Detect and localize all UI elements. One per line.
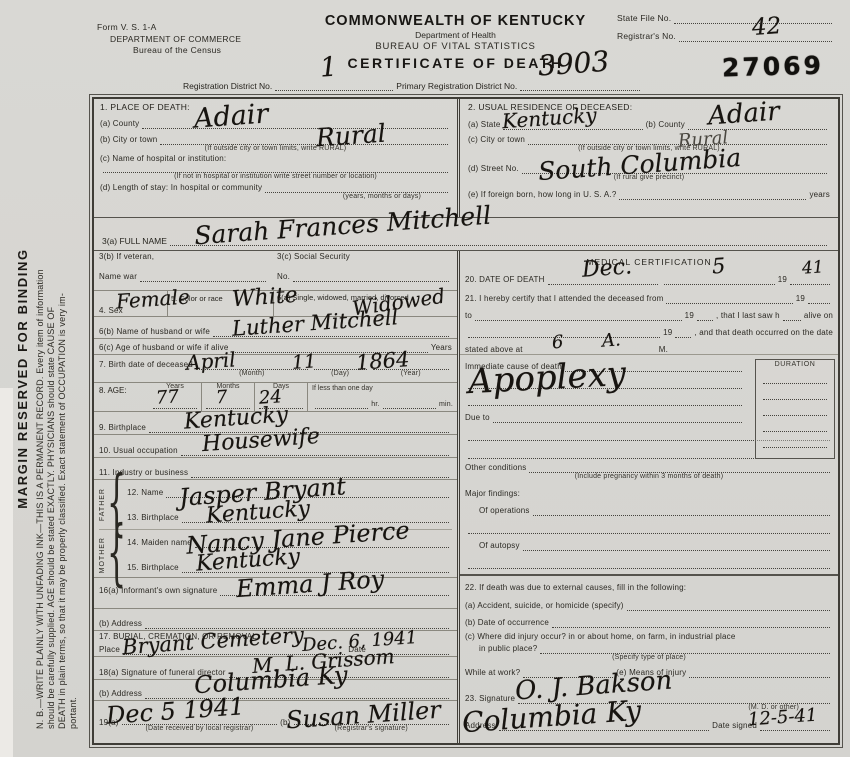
primary-district-label: Primary Registration District No. — [396, 81, 517, 91]
res-county-value: Adair — [707, 99, 780, 130]
street-label: (d) Street No. — [468, 164, 519, 174]
spouse-row: 6(b) Name of husband or wife Luther Mitc… — [94, 317, 457, 339]
age-years-value: 77 — [155, 388, 179, 408]
foreign-born-suffix: years — [809, 190, 830, 200]
color-value: White — [231, 285, 298, 312]
rule-line — [763, 432, 827, 448]
certify-19c: 19 — [663, 328, 672, 338]
dod-19-prefix: 19 — [778, 275, 787, 285]
rule-line — [468, 327, 660, 338]
cause-block: Immediate cause of death Due to DURATION — [460, 354, 838, 459]
father-label: FATHER — [99, 488, 106, 521]
department-line: DEPARTMENT OF COMMERCE — [110, 34, 241, 44]
physician-signature-block: 23. Signature (M. D. or other) AddressDa… — [460, 679, 838, 743]
city-value: Rural — [315, 121, 386, 151]
medical-cert-header: MEDICAL CERTIFICATION — [460, 251, 838, 264]
while-at-work-label: While at work? — [465, 668, 520, 678]
certify-occurred: , and that death occurred on the date — [694, 328, 833, 338]
age-less-label: If less than one day — [312, 385, 453, 392]
form-box: 1. PLACE OF DEATH: (a) County (b) City o… — [92, 97, 840, 745]
reg-district-label: Registration District No. — [183, 81, 272, 91]
city-note: (If outside city or town limits, write R… — [100, 145, 451, 152]
section-usual-residence: 2. USUAL RESIDENCE OF DECEASED: (a) Stat… — [460, 99, 838, 217]
bureau-line: Bureau of the Census — [133, 45, 221, 55]
birthdate-label: 7. Birth date of deceased — [99, 356, 193, 370]
foreign-born-label: (e) If foreign born, how long in U. S. A… — [468, 190, 616, 200]
file-number-stamp: 27069 — [722, 51, 825, 83]
mother-name-label: 14. Maiden name — [127, 538, 192, 548]
res-city-label: (c) City or town — [468, 135, 525, 145]
res-county-label: (b) County — [646, 120, 685, 130]
rule-line — [533, 505, 830, 516]
mother-birthplace-label: 15. Birthplace — [127, 563, 179, 573]
certify-19a: 19 — [796, 294, 805, 304]
rule-line — [493, 412, 742, 423]
header-right: State File No. Registrar's No. 42 — [617, 13, 835, 42]
informant-row: 16(a) Informant's own signature Emma J R… — [94, 578, 457, 609]
nb-note-line2: should be carefully supplied. AGE should… — [46, 0, 57, 757]
full-name-row: 3(a) FULL NAME Sarah Frances Mitchell — [94, 218, 838, 251]
registrar-row: 19(a) (Date received by local registrar)… — [94, 701, 457, 743]
rule-line — [808, 293, 830, 304]
rule-line — [383, 398, 436, 409]
rule-line — [675, 327, 691, 338]
rule-line — [160, 134, 448, 145]
funeral-address-label: (b) Address — [99, 689, 142, 699]
main-columns: 3(b) If veteran, Name war 3(c) Social Se… — [94, 251, 838, 743]
birthdate-row: 7. Birth date of deceased (Month) (Day) … — [94, 355, 457, 383]
sex-value: Female — [115, 287, 190, 312]
left-column: 3(b) If veteran, Name war 3(c) Social Se… — [94, 251, 460, 743]
right-column: MEDICAL CERTIFICATION 20. DATE OF DEATH1… — [460, 251, 838, 743]
section-place-of-death: 1. PLACE OF DEATH: (a) County (b) City o… — [94, 99, 460, 217]
binding-margin-label: MARGIN RESERVED FOR BINDING — [15, 0, 30, 757]
county-value: Adair — [193, 100, 269, 132]
rule-line — [475, 310, 682, 321]
rule-line — [763, 416, 827, 432]
certify-line1: 21. I hereby certify that I attended the… — [465, 294, 663, 304]
ss-no-label: No. — [277, 272, 290, 282]
external-causes-title: 22. If death was due to external causes,… — [465, 577, 833, 593]
rule-line — [763, 400, 827, 416]
duration-box: DURATION — [755, 359, 835, 459]
rule-line — [103, 162, 448, 173]
primary-district-value: 3903 — [537, 48, 610, 81]
death-ampm-value: A. — [601, 331, 621, 350]
certify-block: 21. I hereby certify that I attended the… — [460, 286, 838, 354]
certify-to: to — [465, 311, 472, 321]
rule-line — [619, 189, 806, 200]
external-b-row: (b) Date of occurrence — [460, 612, 838, 629]
birth-month-value: April — [185, 350, 236, 373]
nb-note-line3: DEATH in plain terms, so that it may be … — [57, 0, 68, 757]
parents-block: FATHER { 12. Name 13. Birthplace MOTHER … — [94, 480, 457, 578]
rule-line — [763, 368, 827, 384]
external-causes-title-row: 22. If death was due to external causes,… — [460, 576, 838, 594]
rule-line — [763, 384, 827, 400]
father-birthplace-label: 13. Birthplace — [127, 513, 179, 523]
certify-alive-on: alive on — [804, 311, 833, 321]
state-file-label: State File No. — [617, 13, 671, 24]
nb-note-line4: portant. — [68, 0, 79, 757]
rule-line — [540, 643, 830, 654]
dod-label: 20. DATE OF DEATH — [465, 275, 545, 285]
rule-line — [529, 462, 830, 473]
place-title: 1. PLACE OF DEATH: — [100, 102, 451, 112]
external-c-label1: (c) Where did injury occur? in or about … — [465, 630, 833, 642]
rule-line — [140, 271, 266, 282]
external-a-label: (a) Accident, suicide, or homicide (spec… — [465, 601, 624, 611]
date-of-death-row: 20. DATE OF DEATH19 Dec. 5 41 — [460, 264, 838, 286]
age-hr-label: hr. — [371, 401, 379, 410]
dod-day-value: 5 — [711, 256, 726, 278]
rule-line — [689, 667, 830, 678]
nb-note-line1: N. B.—WRITE PLAINLY WITH UNFADING INK—TH… — [35, 0, 46, 757]
age-months-label: Months — [202, 383, 254, 390]
age-label: 8. AGE: — [94, 383, 149, 411]
certify-last-saw: , that I last saw h — [716, 311, 780, 321]
rule-line — [552, 617, 830, 628]
registration-district-line: Registration District No. 1 Primary Regi… — [183, 80, 708, 91]
birthplace-label: 9. Birthplace — [99, 423, 146, 433]
death-certificate-scan: MARGIN RESERVED FOR BINDING N. B.—WRITE … — [0, 0, 850, 757]
dod-month-value: Dec. — [581, 256, 632, 281]
state-label: (a) State — [468, 120, 500, 130]
birth-year-value: 1864 — [355, 349, 410, 374]
rule-line — [666, 293, 792, 304]
major-findings-block: Major findings: Of operations Of autopsy — [460, 484, 838, 576]
dept-of-health: Department of Health — [308, 30, 603, 40]
certify-19b: 19 — [685, 311, 694, 321]
commonwealth-title: COMMONWEALTH OF KENTUCKY — [308, 13, 603, 29]
external-c-row: (c) Where did injury occur? in or about … — [460, 629, 838, 662]
burial-place-label: Place — [99, 645, 120, 655]
mother-label: MOTHER — [99, 537, 106, 573]
other-conditions-label: Other conditions — [465, 463, 526, 473]
informant-sig-label: 16(a) Informant's own signature — [99, 586, 217, 596]
rule-line — [697, 310, 713, 321]
external-a-row: (a) Accident, suicide, or homicide (spec… — [460, 594, 838, 612]
rule-line — [293, 271, 449, 282]
dod-year-value: 41 — [801, 259, 824, 277]
informant-address-label: (b) Address — [99, 619, 142, 629]
father-name-label: 12. Name — [127, 488, 163, 498]
city-label: (b) City or town — [100, 135, 157, 145]
rule-line: 1 — [275, 80, 393, 91]
registrar-no-value: 42 — [751, 15, 782, 40]
veteran-label: 3(b) If veteran, — [99, 252, 269, 262]
age-months-value: 7 — [215, 388, 228, 407]
duration-label: DURATION — [760, 361, 830, 368]
stay-label: (d) Length of stay: In hospital or commu… — [100, 183, 262, 193]
spouse-age-suffix: Years — [431, 343, 452, 353]
cause-value: Apoplexy — [467, 357, 627, 399]
of-autopsy-label: Of autopsy — [479, 541, 520, 551]
birth-day-value: 11 — [291, 352, 316, 373]
rule-line — [627, 600, 830, 611]
of-operations-label: Of operations — [479, 506, 530, 516]
top-sections: 1. PLACE OF DEATH: (a) County (b) City o… — [94, 99, 838, 218]
reg-district-value: 1 — [319, 53, 338, 81]
ss-label: 3(c) Social Security — [277, 252, 452, 262]
other-conditions-row: Other conditions (Include pregnancy with… — [460, 459, 838, 484]
date-signed-value: 12-5-41 — [747, 707, 818, 730]
stay-note: (years, months or days) — [100, 193, 451, 200]
death-hour-value: 6 — [551, 334, 564, 353]
rule-line — [523, 540, 830, 551]
binding-margin: MARGIN RESERVED FOR BINDING N. B.—WRITE … — [15, 0, 79, 757]
external-b-label: (b) Date of occurrence — [465, 618, 549, 628]
age-min-label: min. — [439, 401, 453, 410]
major-findings-label: Major findings: — [465, 489, 520, 499]
due-to-label: Due to — [465, 413, 490, 423]
other-conditions-note: (Include pregnancy within 3 months of de… — [465, 473, 833, 480]
state-value: Kentucky — [501, 105, 597, 132]
spouse-label: 6(b) Name of husband or wife — [99, 327, 210, 337]
registrar-no-label: Registrar's No. — [617, 31, 676, 42]
hospital-note: (If not in hospital or institution write… — [100, 173, 451, 180]
name-war-label: Name war — [99, 272, 137, 282]
rule-line: 3903 — [520, 80, 640, 91]
occupation-row: 10. Usual occupation Housewife — [94, 435, 457, 458]
full-name-label: 3(a) FULL NAME — [102, 236, 167, 246]
rule-line — [468, 523, 830, 534]
rule-line — [468, 558, 830, 569]
form-number: Form V. S. 1-A — [97, 22, 157, 32]
external-c-note: (Specify type of place) — [465, 654, 833, 661]
rule-line — [783, 310, 801, 321]
occupation-label: 10. Usual occupation — [99, 446, 178, 456]
county-label: (a) County — [100, 119, 139, 129]
scan-edge — [0, 388, 13, 757]
rule-line — [142, 118, 448, 129]
rule-line — [315, 398, 368, 409]
external-c-label2: in public place? — [479, 644, 537, 654]
rule-line — [265, 182, 448, 193]
